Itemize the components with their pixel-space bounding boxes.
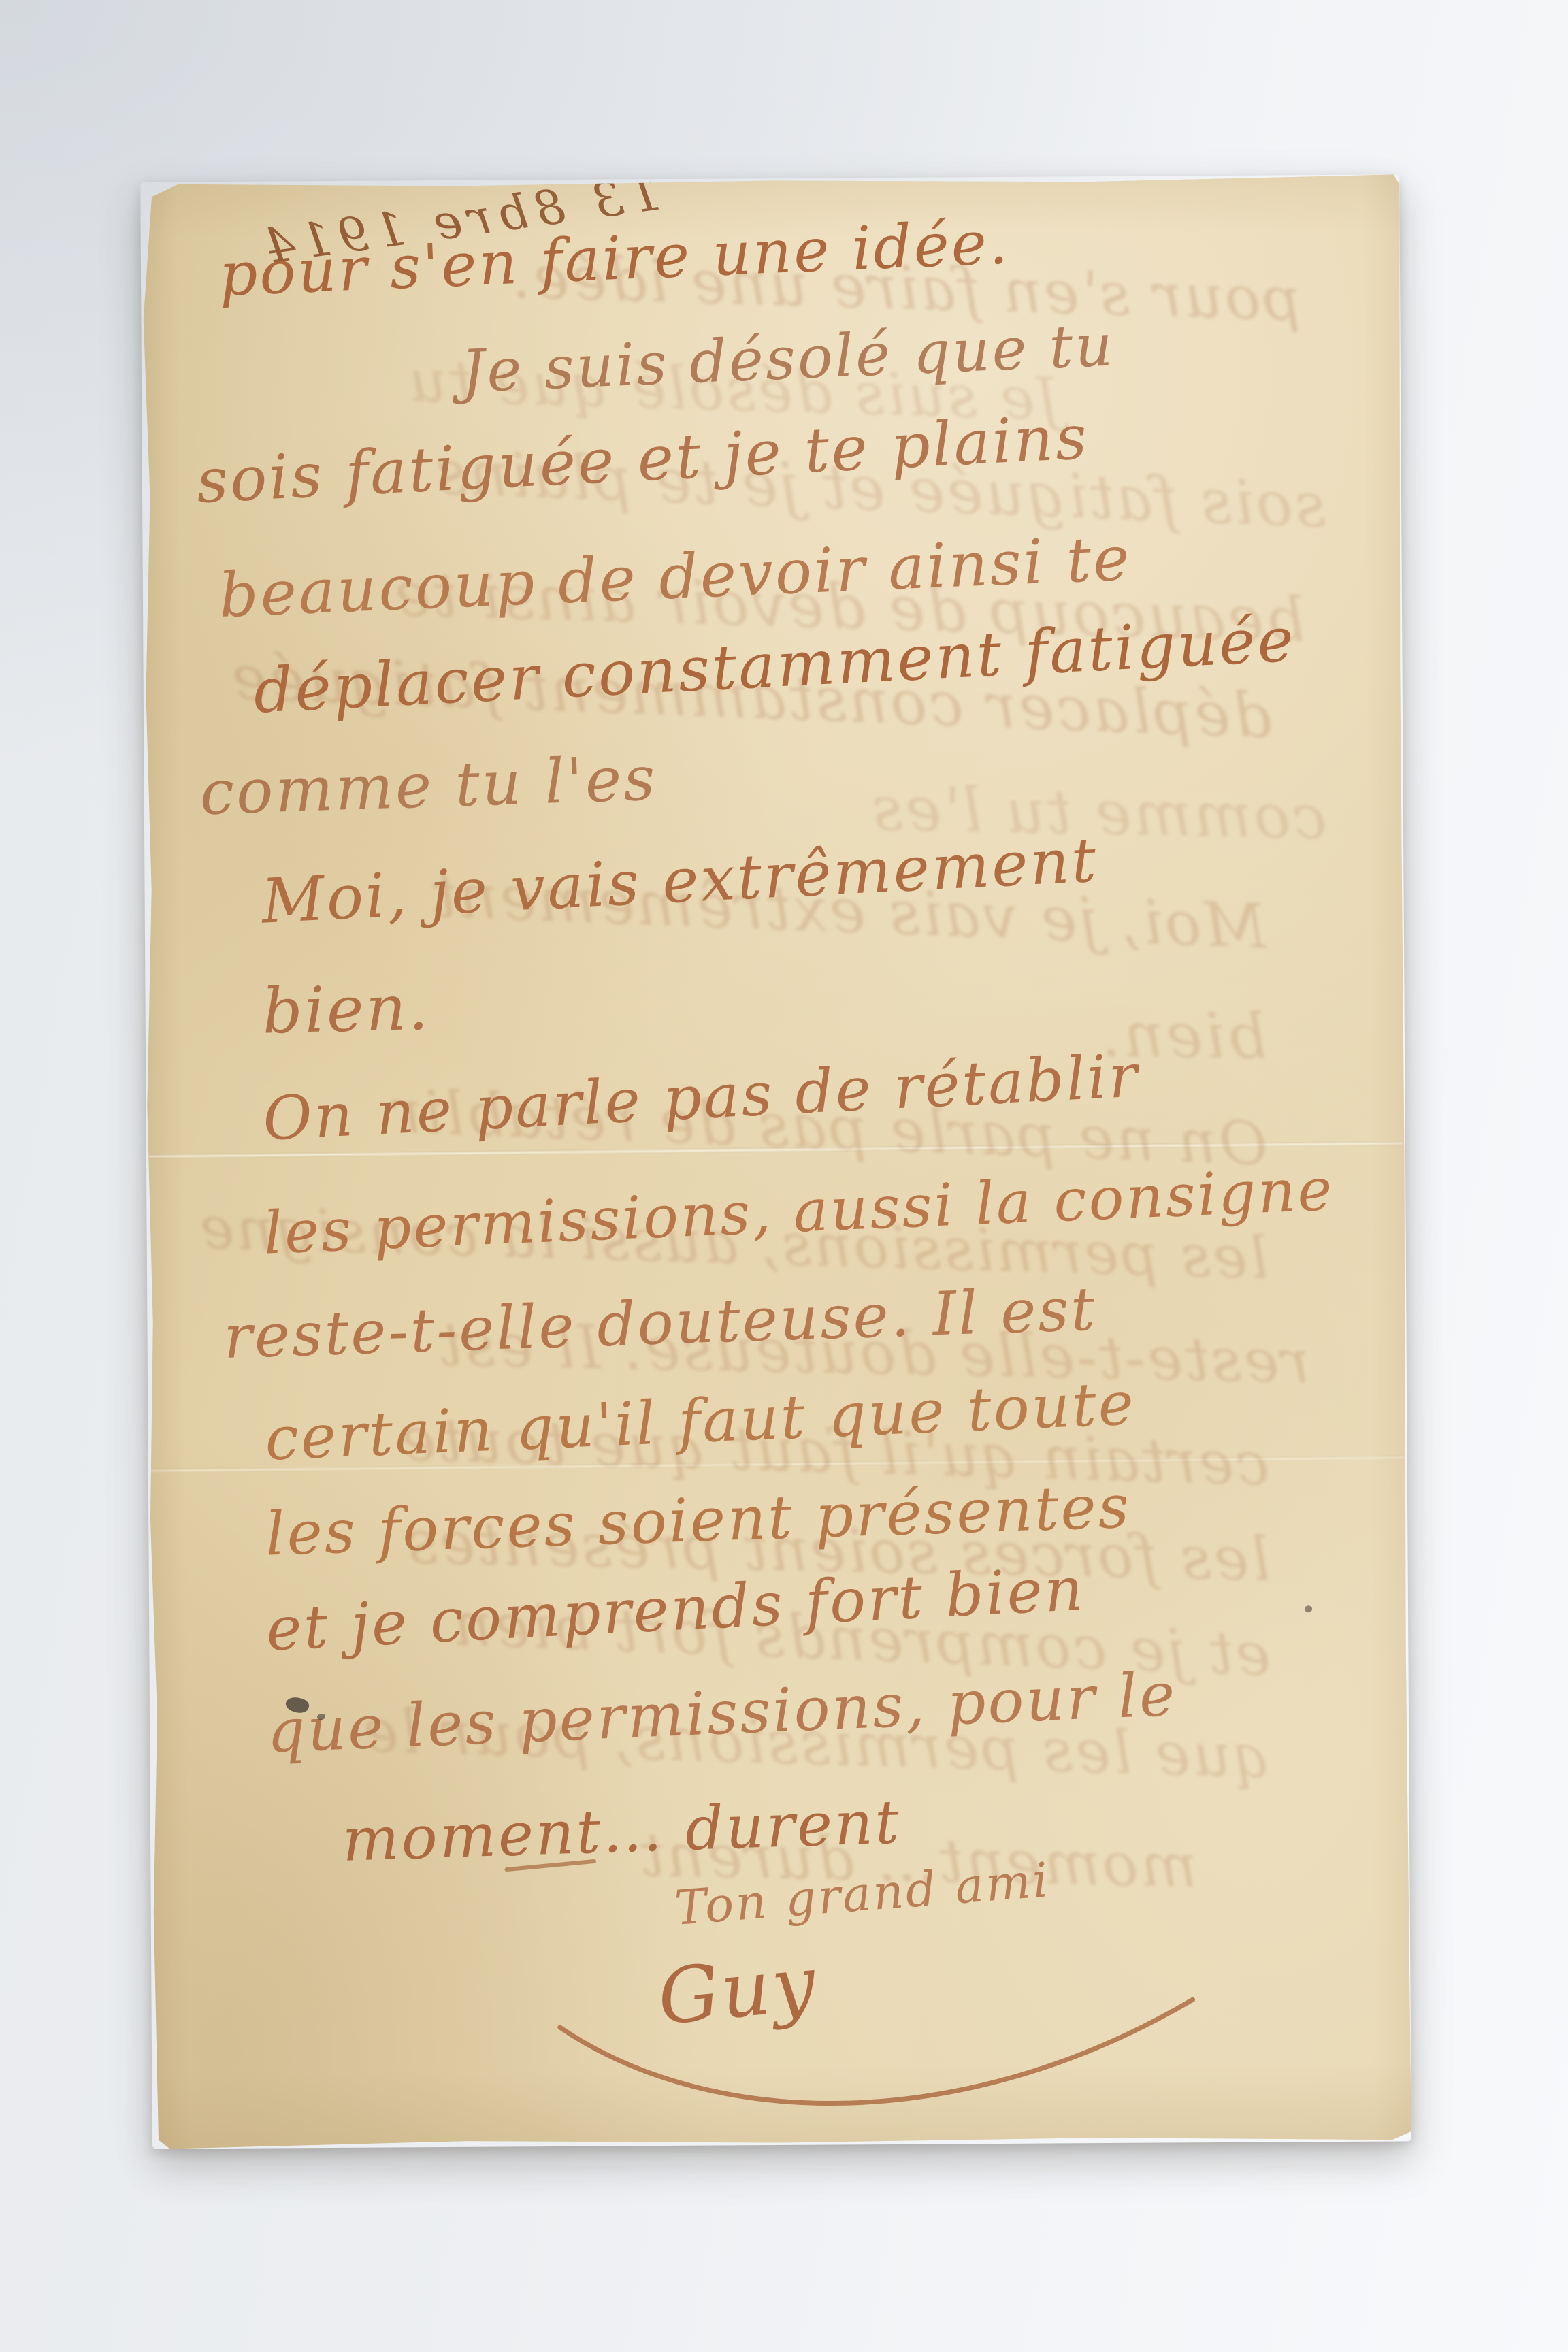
letter-paper: pour s'en faire une idée.Je suis désolé … bbox=[140, 174, 1411, 2149]
letter-line: comme tu l'es bbox=[199, 742, 658, 829]
ink-blot bbox=[1305, 1605, 1312, 1612]
signature-flourish bbox=[542, 1921, 1224, 2157]
letter-photograph: pour s'en faire une idée.Je suis désolé … bbox=[0, 0, 1568, 2352]
letter-line: bien. bbox=[261, 971, 431, 1048]
